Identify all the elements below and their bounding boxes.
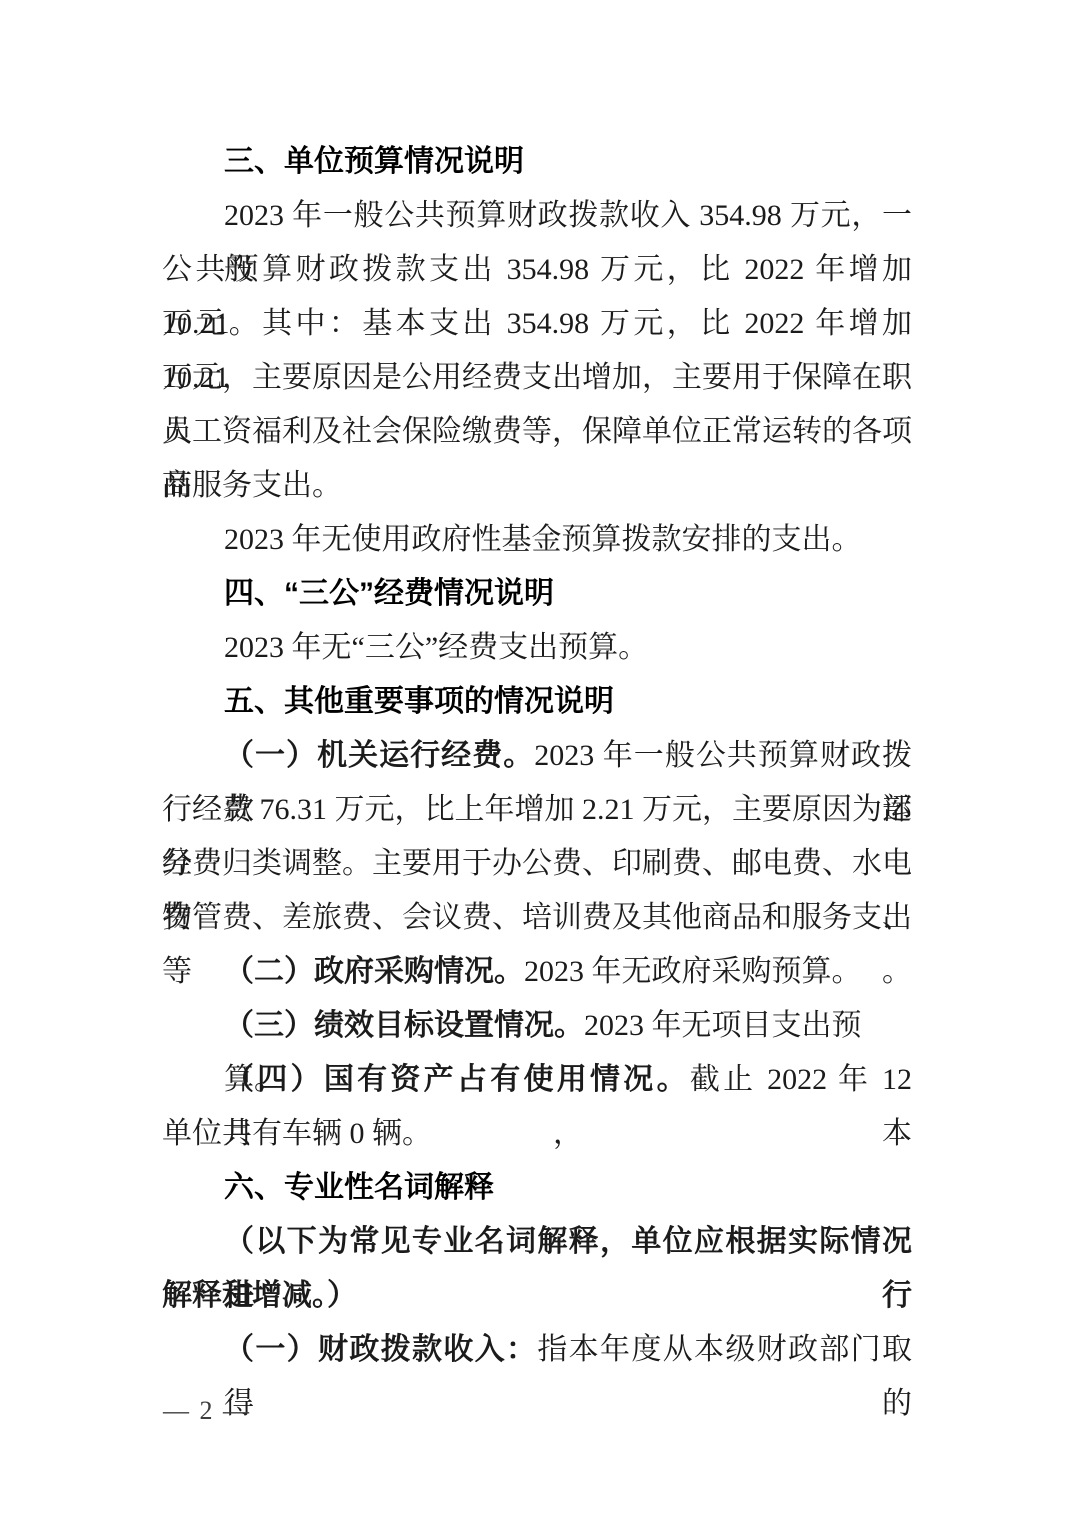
text-line: （一）财政拨款收入：指本年度从本级财政部门取得的 <box>162 1323 912 1377</box>
text-line: （一）机关运行经费。2023 年一般公共预算财政拨款运 <box>162 729 912 783</box>
line-text: 六、专业性名词解释 <box>224 1171 494 1204</box>
text-line: 物管费、差旅费、会议费、培训费及其他商品和服务支出等。 <box>162 891 912 945</box>
line-text: 三、单位预算情况说明 <box>224 145 524 178</box>
line-lead-text: （一）财政拨款收入： <box>224 1333 537 1366</box>
text-line: （以下为常见专业名词解释，单位应根据实际情况进行 <box>162 1215 912 1269</box>
text-line: 经费归类调整。主要用于办公费、印刷费、邮电费、水电费、 <box>162 837 912 891</box>
line-text: 四、“三公”经费情况说明 <box>224 577 554 610</box>
line-text: 五、其他重要事项的情况说明 <box>224 685 614 718</box>
text-line: 万元。其中：基本支出 354.98 万元，比 2022 年增加 10.21 <box>162 297 912 351</box>
line-text: 解释和增减。） <box>162 1279 357 1312</box>
text-line: 行经费 76.31 万元，比上年增加 2.21 万元，主要原因为部分 <box>162 783 912 837</box>
text-line: （二）政府采购情况。2023 年无政府采购预算。 <box>162 945 912 999</box>
text-line: 四、“三公”经费情况说明 <box>162 567 912 621</box>
text-line: 公共预算财政拨款支出 354.98 万元，比 2022 年增加 10.21 <box>162 243 912 297</box>
text-line: 2023 年一般公共预算财政拨款收入 354.98 万元，一般 <box>162 189 912 243</box>
line-text: 2023 年无政府采购预算。 <box>524 955 862 988</box>
text-line: 品服务支出。 <box>162 459 912 513</box>
document-body: 三、单位预算情况说明2023 年一般公共预算财政拨款收入 354.98 万元，一… <box>0 0 1074 1377</box>
line-text: 单位共有车辆 0 辆。 <box>162 1117 432 1150</box>
document-page: 三、单位预算情况说明2023 年一般公共预算财政拨款收入 354.98 万元，一… <box>0 0 1074 1520</box>
text-line: 2023 年无使用政府性基金预算拨款安排的支出。 <box>162 513 912 567</box>
line-lead-text: （二）政府采购情况。 <box>224 955 524 988</box>
text-line: 万元，主要原因是公用经费支出增加，主要用于保障在职人 <box>162 351 912 405</box>
line-text: 2023 年无使用政府性基金预算拨款安排的支出。 <box>224 523 862 556</box>
line-lead-text: （三）绩效目标设置情况。 <box>224 1009 584 1042</box>
text-line: （三）绩效目标设置情况。2023 年无项目支出预算。 <box>162 999 912 1053</box>
text-line: （四）国有资产占有使用情况。截止 2022 年 12 月，本 <box>162 1053 912 1107</box>
text-line: 2023 年无“三公”经费支出预算。 <box>162 621 912 675</box>
line-lead-text: （一）机关运行经费。 <box>224 739 534 772</box>
page-number: — 2 — <box>163 1396 251 1426</box>
line-text: 2023 年无“三公”经费支出预算。 <box>224 631 648 664</box>
text-line: 员工资福利及社会保险缴费等，保障单位正常运转的各项商 <box>162 405 912 459</box>
line-text: 品服务支出。 <box>162 469 342 502</box>
text-line: 五、其他重要事项的情况说明 <box>162 675 912 729</box>
line-lead-text: （四）国有资产占有使用情况。 <box>224 1063 690 1096</box>
text-line: 三、单位预算情况说明 <box>162 135 912 189</box>
text-line: 六、专业性名词解释 <box>162 1161 912 1215</box>
